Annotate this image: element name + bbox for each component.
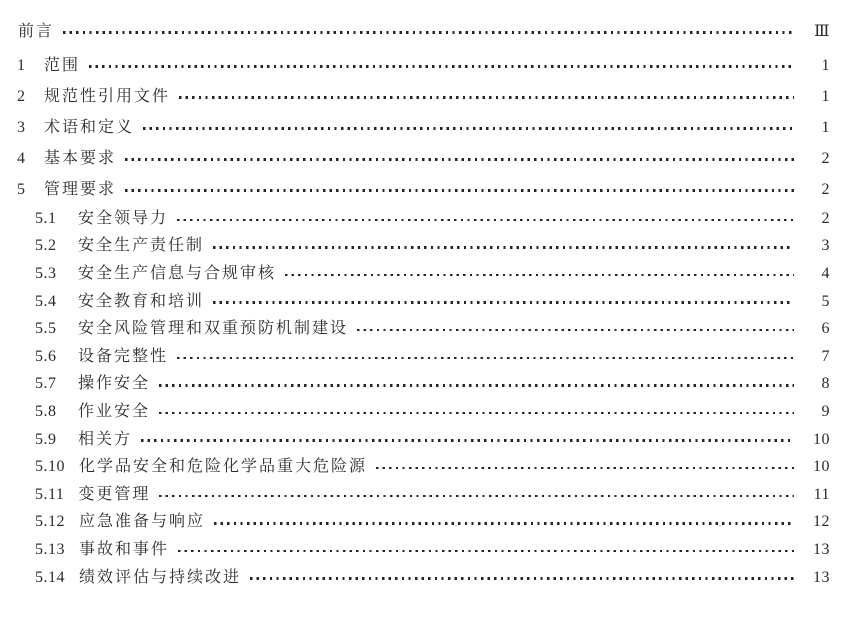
toc-entry-page: 4 bbox=[802, 266, 830, 282]
toc-entry-page: 13 bbox=[802, 542, 830, 558]
toc-entry-label: 安全风险管理和双重预防机制建设 bbox=[78, 321, 348, 337]
toc-entry-page: 8 bbox=[802, 376, 830, 392]
toc-entry: 5.14 绩效评估与持续改进 13 bbox=[0, 564, 830, 592]
toc-entry-number: 1 bbox=[17, 58, 44, 74]
toc-entry: 5.5 安全风险管理和双重预防机制建设 6 bbox=[0, 315, 830, 343]
toc-entry-page: 11 bbox=[802, 487, 830, 503]
toc-entry-page: 2 bbox=[802, 211, 830, 227]
toc-entry-label: 应急准备与响应 bbox=[79, 514, 205, 530]
toc-entry: 4 基本要求 2 bbox=[0, 143, 830, 174]
toc-entry: 5.13 事故和事件 13 bbox=[0, 536, 830, 564]
toc-entry: 5.4 安全教育和培训 5 bbox=[0, 288, 830, 316]
dot-leader bbox=[178, 550, 794, 552]
toc-entry-page: 2 bbox=[802, 151, 830, 167]
toc-entry: 5.10 化学品安全和危险化学品重大危险源 10 bbox=[0, 453, 830, 481]
toc-entry-number: 2 bbox=[17, 89, 44, 105]
toc-entry: 2 规范性引用文件 1 bbox=[0, 81, 830, 112]
dot-leader bbox=[143, 127, 794, 129]
toc-entry-number: 5.1 bbox=[35, 211, 64, 227]
toc-entry-number: 5.8 bbox=[35, 404, 64, 420]
toc-entry-number: 5.13 bbox=[35, 542, 65, 558]
toc-entry-label: 化学品安全和危险化学品重大危险源 bbox=[79, 459, 367, 475]
toc-entry-page: 5 bbox=[802, 294, 830, 310]
dot-leader bbox=[213, 246, 794, 248]
toc-entry-label: 规范性引用文件 bbox=[44, 89, 170, 105]
dot-leader bbox=[159, 495, 794, 497]
toc-entry-page: 1 bbox=[802, 120, 830, 136]
toc-entry-label: 相关方 bbox=[78, 432, 132, 448]
toc-entry-page: 1 bbox=[802, 58, 830, 74]
toc-entry-label: 术语和定义 bbox=[44, 120, 134, 136]
toc-entry-label: 绩效评估与持续改进 bbox=[79, 570, 241, 586]
toc-entry-label: 作业安全 bbox=[78, 404, 150, 420]
toc-entry-label: 操作安全 bbox=[78, 376, 150, 392]
toc-entry: 3 术语和定义 1 bbox=[0, 112, 830, 143]
toc-entry-page: Ⅲ bbox=[802, 24, 830, 40]
toc-entry: 5 管理要求 2 bbox=[0, 174, 830, 205]
dot-leader bbox=[179, 96, 794, 98]
table-of-contents: 前言 Ⅲ 1 范围 1 2 规范性引用文件 1 3 术语和定义 1 4 基本要求… bbox=[0, 13, 830, 591]
dot-leader bbox=[250, 577, 794, 579]
toc-entry-label: 事故和事件 bbox=[79, 542, 169, 558]
toc-entry-number: 5.12 bbox=[35, 514, 65, 530]
toc-entry-number: 4 bbox=[17, 151, 44, 167]
toc-entry-number: 5.11 bbox=[35, 487, 64, 503]
toc-entry-number: 5.6 bbox=[35, 349, 64, 365]
toc-entry: 1 范围 1 bbox=[0, 50, 830, 81]
toc-entry-page: 2 bbox=[802, 182, 830, 198]
toc-entry-label: 变更管理 bbox=[78, 487, 150, 503]
toc-entry-label: 范围 bbox=[44, 58, 80, 74]
dot-leader bbox=[177, 357, 794, 359]
dot-leader bbox=[125, 158, 794, 160]
toc-entry: 5.9 相关方 10 bbox=[0, 426, 830, 454]
toc-entry-number: 5.7 bbox=[35, 376, 64, 392]
toc-entry: 5.8 作业安全 9 bbox=[0, 398, 830, 426]
dot-leader bbox=[141, 439, 794, 441]
toc-entry-number: 5.9 bbox=[35, 432, 64, 448]
toc-entry-label: 前言 bbox=[18, 24, 54, 40]
toc-entry-page: 9 bbox=[802, 404, 830, 420]
toc-entry: 5.6 设备完整性 7 bbox=[0, 343, 830, 371]
toc-entry: 前言 Ⅲ bbox=[0, 13, 830, 50]
toc-entry-page: 3 bbox=[802, 238, 830, 254]
toc-entry-number: 5 bbox=[17, 182, 44, 198]
toc-entry: 5.2 安全生产责任制 3 bbox=[0, 233, 830, 261]
document-page: 前言 Ⅲ 1 范围 1 2 规范性引用文件 1 3 术语和定义 1 4 基本要求… bbox=[0, 0, 856, 617]
dot-leader bbox=[177, 219, 794, 221]
toc-entry-label: 安全教育和培训 bbox=[78, 294, 204, 310]
toc-entry-number: 5.2 bbox=[35, 238, 64, 254]
toc-entry-label: 安全生产信息与合规审核 bbox=[78, 266, 276, 282]
toc-entry: 5.1 安全领导力 2 bbox=[0, 205, 830, 233]
toc-entry-page: 13 bbox=[802, 570, 830, 586]
dot-leader bbox=[213, 301, 794, 303]
dot-leader bbox=[159, 412, 794, 414]
toc-entry-label: 管理要求 bbox=[44, 182, 116, 198]
toc-entry-page: 10 bbox=[802, 432, 830, 448]
toc-entry: 5.7 操作安全 8 bbox=[0, 371, 830, 399]
toc-entry-page: 1 bbox=[802, 89, 830, 105]
toc-entry-number: 5.10 bbox=[35, 459, 65, 475]
toc-entry: 5.11 变更管理 11 bbox=[0, 481, 830, 509]
dot-leader bbox=[89, 65, 794, 67]
toc-entry-number: 3 bbox=[17, 120, 44, 136]
toc-entry-number: 5.3 bbox=[35, 266, 64, 282]
toc-entry-label: 安全领导力 bbox=[78, 211, 168, 227]
toc-entry-label: 设备完整性 bbox=[78, 349, 168, 365]
dot-leader bbox=[63, 31, 794, 33]
toc-entry-number: 5.5 bbox=[35, 321, 64, 337]
dot-leader bbox=[214, 522, 794, 524]
toc-entry-page: 6 bbox=[802, 321, 830, 337]
dot-leader bbox=[376, 467, 794, 469]
toc-entry-page: 10 bbox=[802, 459, 830, 475]
dot-leader bbox=[125, 189, 794, 191]
dot-leader bbox=[285, 274, 794, 276]
dot-leader bbox=[357, 329, 794, 331]
dot-leader bbox=[159, 384, 794, 386]
toc-entry: 5.3 安全生产信息与合规审核 4 bbox=[0, 260, 830, 288]
toc-entry-label: 安全生产责任制 bbox=[78, 238, 204, 254]
toc-entry-number: 5.14 bbox=[35, 570, 65, 586]
toc-entry-label: 基本要求 bbox=[44, 151, 116, 167]
toc-entry-number: 5.4 bbox=[35, 294, 64, 310]
toc-entry-page: 7 bbox=[802, 349, 830, 365]
toc-entry: 5.12 应急准备与响应 12 bbox=[0, 509, 830, 537]
toc-entry-page: 12 bbox=[802, 514, 830, 530]
